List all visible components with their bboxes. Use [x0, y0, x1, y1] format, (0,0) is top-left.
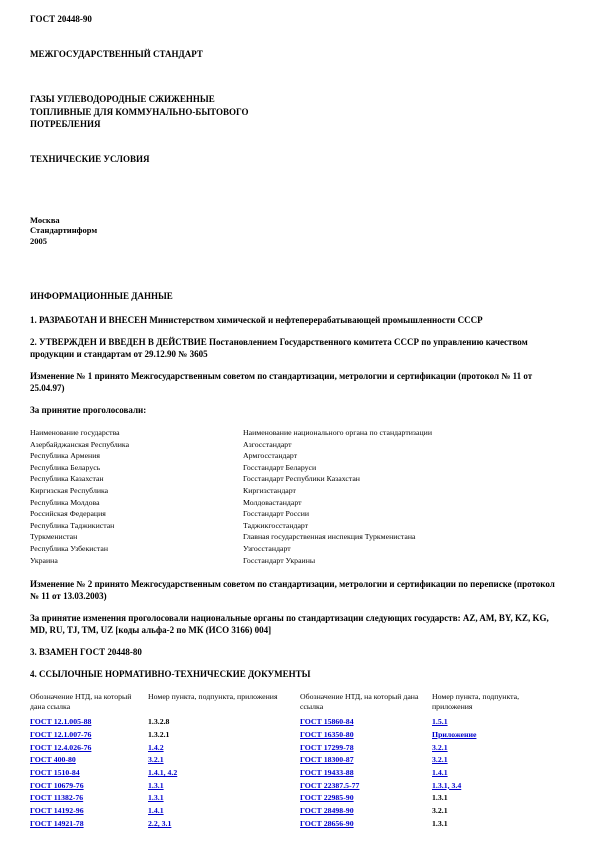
ntd-link[interactable]: ГОСТ 14192-96: [30, 806, 84, 815]
ntd-link[interactable]: ГОСТ 12.4.026-76: [30, 743, 91, 752]
ntd-link[interactable]: ГОСТ 22985-90: [300, 793, 354, 802]
refs-header-ntd: Обозначение НТД, на который дана ссылка: [300, 692, 432, 711]
imprint-publisher: Стандартинформ: [30, 225, 570, 236]
standard-type-label: МЕЖГОСУДАРСТВЕННЫЙ СТАНДАРТ: [30, 49, 570, 59]
ntd-link[interactable]: ГОСТ 12.1.007-76: [30, 730, 91, 739]
ntd-link[interactable]: ГОСТ 11382-76: [30, 793, 83, 802]
standards-body: Таджикгосстандарт: [243, 520, 570, 532]
refs-header-ntd: Обозначение НТД, на который дана ссылка: [30, 692, 148, 711]
table-row: Киргизская Республика Киргизстандарт: [30, 485, 570, 497]
standards-body: Госстандарт Республики Казахстан: [243, 473, 570, 485]
state-name: Республика Таджикистан: [30, 520, 243, 532]
imprint-year: 2005: [30, 236, 570, 247]
table-row: Азербайджанская Республика Азгосстандарт: [30, 439, 570, 451]
clause-ref[interactable]: 1.4.2: [148, 743, 164, 752]
clause-ref[interactable]: 1.5.1: [432, 717, 448, 726]
clause-ref: 1.3.2.8: [148, 717, 169, 726]
clause-ref[interactable]: 2.2, 3.1: [148, 819, 171, 828]
amendment2-paragraph: Изменение № 2 принято Межгосударственным…: [30, 578, 565, 602]
ntd-link[interactable]: ГОСТ 18300-87: [300, 755, 354, 764]
imprint-block: Москва Стандартинформ 2005: [30, 215, 570, 247]
table-row: ГОСТ 14192-96 1.4.1: [30, 805, 298, 818]
replaces-paragraph: 3. ВЗАМЕН ГОСТ 20448-80: [30, 646, 565, 658]
clause-ref: 3.2.1: [432, 806, 448, 815]
state-name: Республика Беларусь: [30, 462, 243, 474]
standards-body: Госстандарт Беларуси: [243, 462, 570, 474]
votes-table: Наименование государства Наименование на…: [30, 427, 570, 566]
clause-ref[interactable]: 1.4.1: [148, 806, 164, 815]
clause-ref: 1.3.1: [432, 793, 448, 802]
amendment1-paragraph: Изменение № 1 принято Межгосударственным…: [30, 370, 565, 394]
state-name: Украина: [30, 555, 243, 567]
table-row: ГОСТ 19433-88 1.4.1: [300, 767, 567, 780]
amendment2-votes-paragraph: За принятие изменения проголосовали наци…: [30, 612, 565, 636]
table-row: ГОСТ 14921-78 2.2, 3.1: [30, 818, 298, 831]
clause-ref[interactable]: 3.2.1: [148, 755, 164, 764]
votes-header-body: Наименование национального органа по ста…: [243, 427, 570, 439]
doc-code: ГОСТ 20448-90: [30, 0, 570, 24]
imprint-city: Москва: [30, 215, 570, 226]
state-name: Киргизская Республика: [30, 485, 243, 497]
clause-ref[interactable]: 1.4.1: [432, 768, 448, 777]
standards-body: Азгосстандарт: [243, 439, 570, 451]
table-row: Республика Молдова Молдовастандарт: [30, 497, 570, 509]
clause-ref: 1.3.2.1: [148, 730, 169, 739]
refs-header-pts: Номер пункта, подпункта, приложения: [432, 692, 567, 711]
state-name: Республика Узбекистан: [30, 543, 243, 555]
ntd-link[interactable]: ГОСТ 14921-78: [30, 819, 84, 828]
doc-title: ГАЗЫ УГЛЕВОДОРОДНЫЕ СЖИЖЕННЫЕ ТОПЛИВНЫЕ …: [30, 93, 570, 131]
table-row: ГОСТ 16350-80 Приложение: [300, 729, 567, 742]
table-row: Российская Федерация Госстандарт России: [30, 508, 570, 520]
state-name: Туркменистан: [30, 531, 243, 543]
standards-body: Узгосстандарт: [243, 543, 570, 555]
state-name: Азербайджанская Республика: [30, 439, 243, 451]
table-row: ГОСТ 28656-90 1.3.1: [300, 818, 567, 831]
table-row: ГОСТ 22985-90 1.3.1: [300, 792, 567, 805]
clause-ref[interactable]: 1.4.1, 4.2: [148, 768, 177, 777]
table-row: Республика Узбекистан Узгосстандарт: [30, 543, 570, 555]
ntd-link[interactable]: ГОСТ 17299-78: [300, 743, 354, 752]
standards-body: Армгосстандарт: [243, 450, 570, 462]
references-table: Обозначение НТД, на который дана ссылка …: [30, 692, 570, 830]
table-row: ГОСТ 17299-78 3.2.1: [300, 742, 567, 755]
doc-title-line3: ПОТРЕБЛЕНИЯ: [30, 118, 570, 131]
table-row: Республика Казахстан Госстандарт Республ…: [30, 473, 570, 485]
clause-ref: 1.3.1: [432, 819, 448, 828]
refs-header-row: Обозначение НТД, на который дана ссылка …: [30, 692, 298, 716]
state-name: Республика Армения: [30, 450, 243, 462]
references-table-left: Обозначение НТД, на который дана ссылка …: [30, 692, 298, 830]
table-row: ГОСТ 18300-87 3.2.1: [300, 754, 567, 767]
table-row: ГОСТ 12.1.007-76 1.3.2.1: [30, 729, 298, 742]
ntd-link[interactable]: ГОСТ 1510-84: [30, 768, 80, 777]
ntd-link[interactable]: ГОСТ 28656-90: [300, 819, 354, 828]
references-table-right: Обозначение НТД, на который дана ссылка …: [300, 692, 567, 830]
table-row: Туркменистан Главная государственная инс…: [30, 531, 570, 543]
ntd-link[interactable]: ГОСТ 19433-88: [300, 768, 354, 777]
ntd-link[interactable]: ГОСТ 400-80: [30, 755, 76, 764]
state-name: Республика Молдова: [30, 497, 243, 509]
info-paragraph-1: 1. РАЗРАБОТАН И ВНЕСЕН Министерством хим…: [30, 314, 565, 326]
clause-ref[interactable]: 3.2.1: [432, 743, 448, 752]
clause-ref[interactable]: Приложение: [432, 730, 476, 739]
ntd-link[interactable]: ГОСТ 10679-76: [30, 781, 84, 790]
ntd-link[interactable]: ГОСТ 12.1.005-88: [30, 717, 91, 726]
clause-ref[interactable]: 1.3.1: [148, 793, 164, 802]
votes-header-row: Наименование государства Наименование на…: [30, 427, 570, 439]
refs-header-row: Обозначение НТД, на который дана ссылка …: [300, 692, 567, 716]
state-name: Республика Казахстан: [30, 473, 243, 485]
table-row: ГОСТ 12.1.005-88 1.3.2.8: [30, 716, 298, 729]
clause-ref[interactable]: 1.3.1, 3.4: [432, 781, 461, 790]
refs-header-pts: Номер пункта, подпункта, приложения: [148, 692, 298, 711]
doc-title-line2: ТОПЛИВНЫЕ ДЛЯ КОММУНАЛЬНО-БЫТОВОГО: [30, 106, 570, 119]
standards-body: Молдовастандарт: [243, 497, 570, 509]
standards-body: Госстандарт Украины: [243, 555, 570, 567]
table-row: Республика Армения Армгосстандарт: [30, 450, 570, 462]
table-row: ГОСТ 400-80 3.2.1: [30, 754, 298, 767]
ntd-link[interactable]: ГОСТ 16350-80: [300, 730, 354, 739]
info-heading: ИНФОРМАЦИОННЫЕ ДАННЫЕ: [30, 291, 570, 301]
standards-body: Киргизстандарт: [243, 485, 570, 497]
table-row: ГОСТ 1510-84 1.4.1, 4.2: [30, 767, 298, 780]
table-row: ГОСТ 12.4.026-76 1.4.2: [30, 742, 298, 755]
clause-ref[interactable]: 1.3.1: [148, 781, 164, 790]
votes-header-state: Наименование государства: [30, 427, 243, 439]
doc-title-line1: ГАЗЫ УГЛЕВОДОРОДНЫЕ СЖИЖЕННЫЕ: [30, 93, 570, 106]
table-row: ГОСТ 15860-84 1.5.1: [300, 716, 567, 729]
ntd-link[interactable]: ГОСТ 15860-84: [300, 717, 354, 726]
references-heading: 4. ССЫЛОЧНЫЕ НОРМАТИВНО-ТЕХНИЧЕСКИЕ ДОКУ…: [30, 668, 565, 680]
table-row: ГОСТ 11382-76 1.3.1: [30, 792, 298, 805]
standards-body: Главная государственная инспекция Туркме…: [243, 531, 570, 543]
table-row: Республика Беларусь Госстандарт Беларуси: [30, 462, 570, 474]
standards-body: Госстандарт России: [243, 508, 570, 520]
ntd-link[interactable]: ГОСТ 28498-90: [300, 806, 354, 815]
votes-intro: За принятие проголосовали:: [30, 404, 565, 416]
info-paragraph-2: 2. УТВЕРЖДЕН И ВВЕДЕН В ДЕЙСТВИЕ Постано…: [30, 336, 565, 360]
ntd-link[interactable]: ГОСТ 22387.5-77: [300, 781, 359, 790]
doc-subtitle: ТЕХНИЧЕСКИЕ УСЛОВИЯ: [30, 154, 570, 164]
table-row: ГОСТ 10679-76 1.3.1: [30, 780, 298, 793]
table-row: Украина Госстандарт Украины: [30, 555, 570, 567]
document-page: ГОСТ 20448-90 МЕЖГОСУДАРСТВЕННЫЙ СТАНДАР…: [0, 0, 595, 842]
table-row: ГОСТ 22387.5-77 1.3.1, 3.4: [300, 780, 567, 793]
table-row: Республика Таджикистан Таджикгосстандарт: [30, 520, 570, 532]
table-row: ГОСТ 28498-90 3.2.1: [300, 805, 567, 818]
clause-ref[interactable]: 3.2.1: [432, 755, 448, 764]
state-name: Российская Федерация: [30, 508, 243, 520]
